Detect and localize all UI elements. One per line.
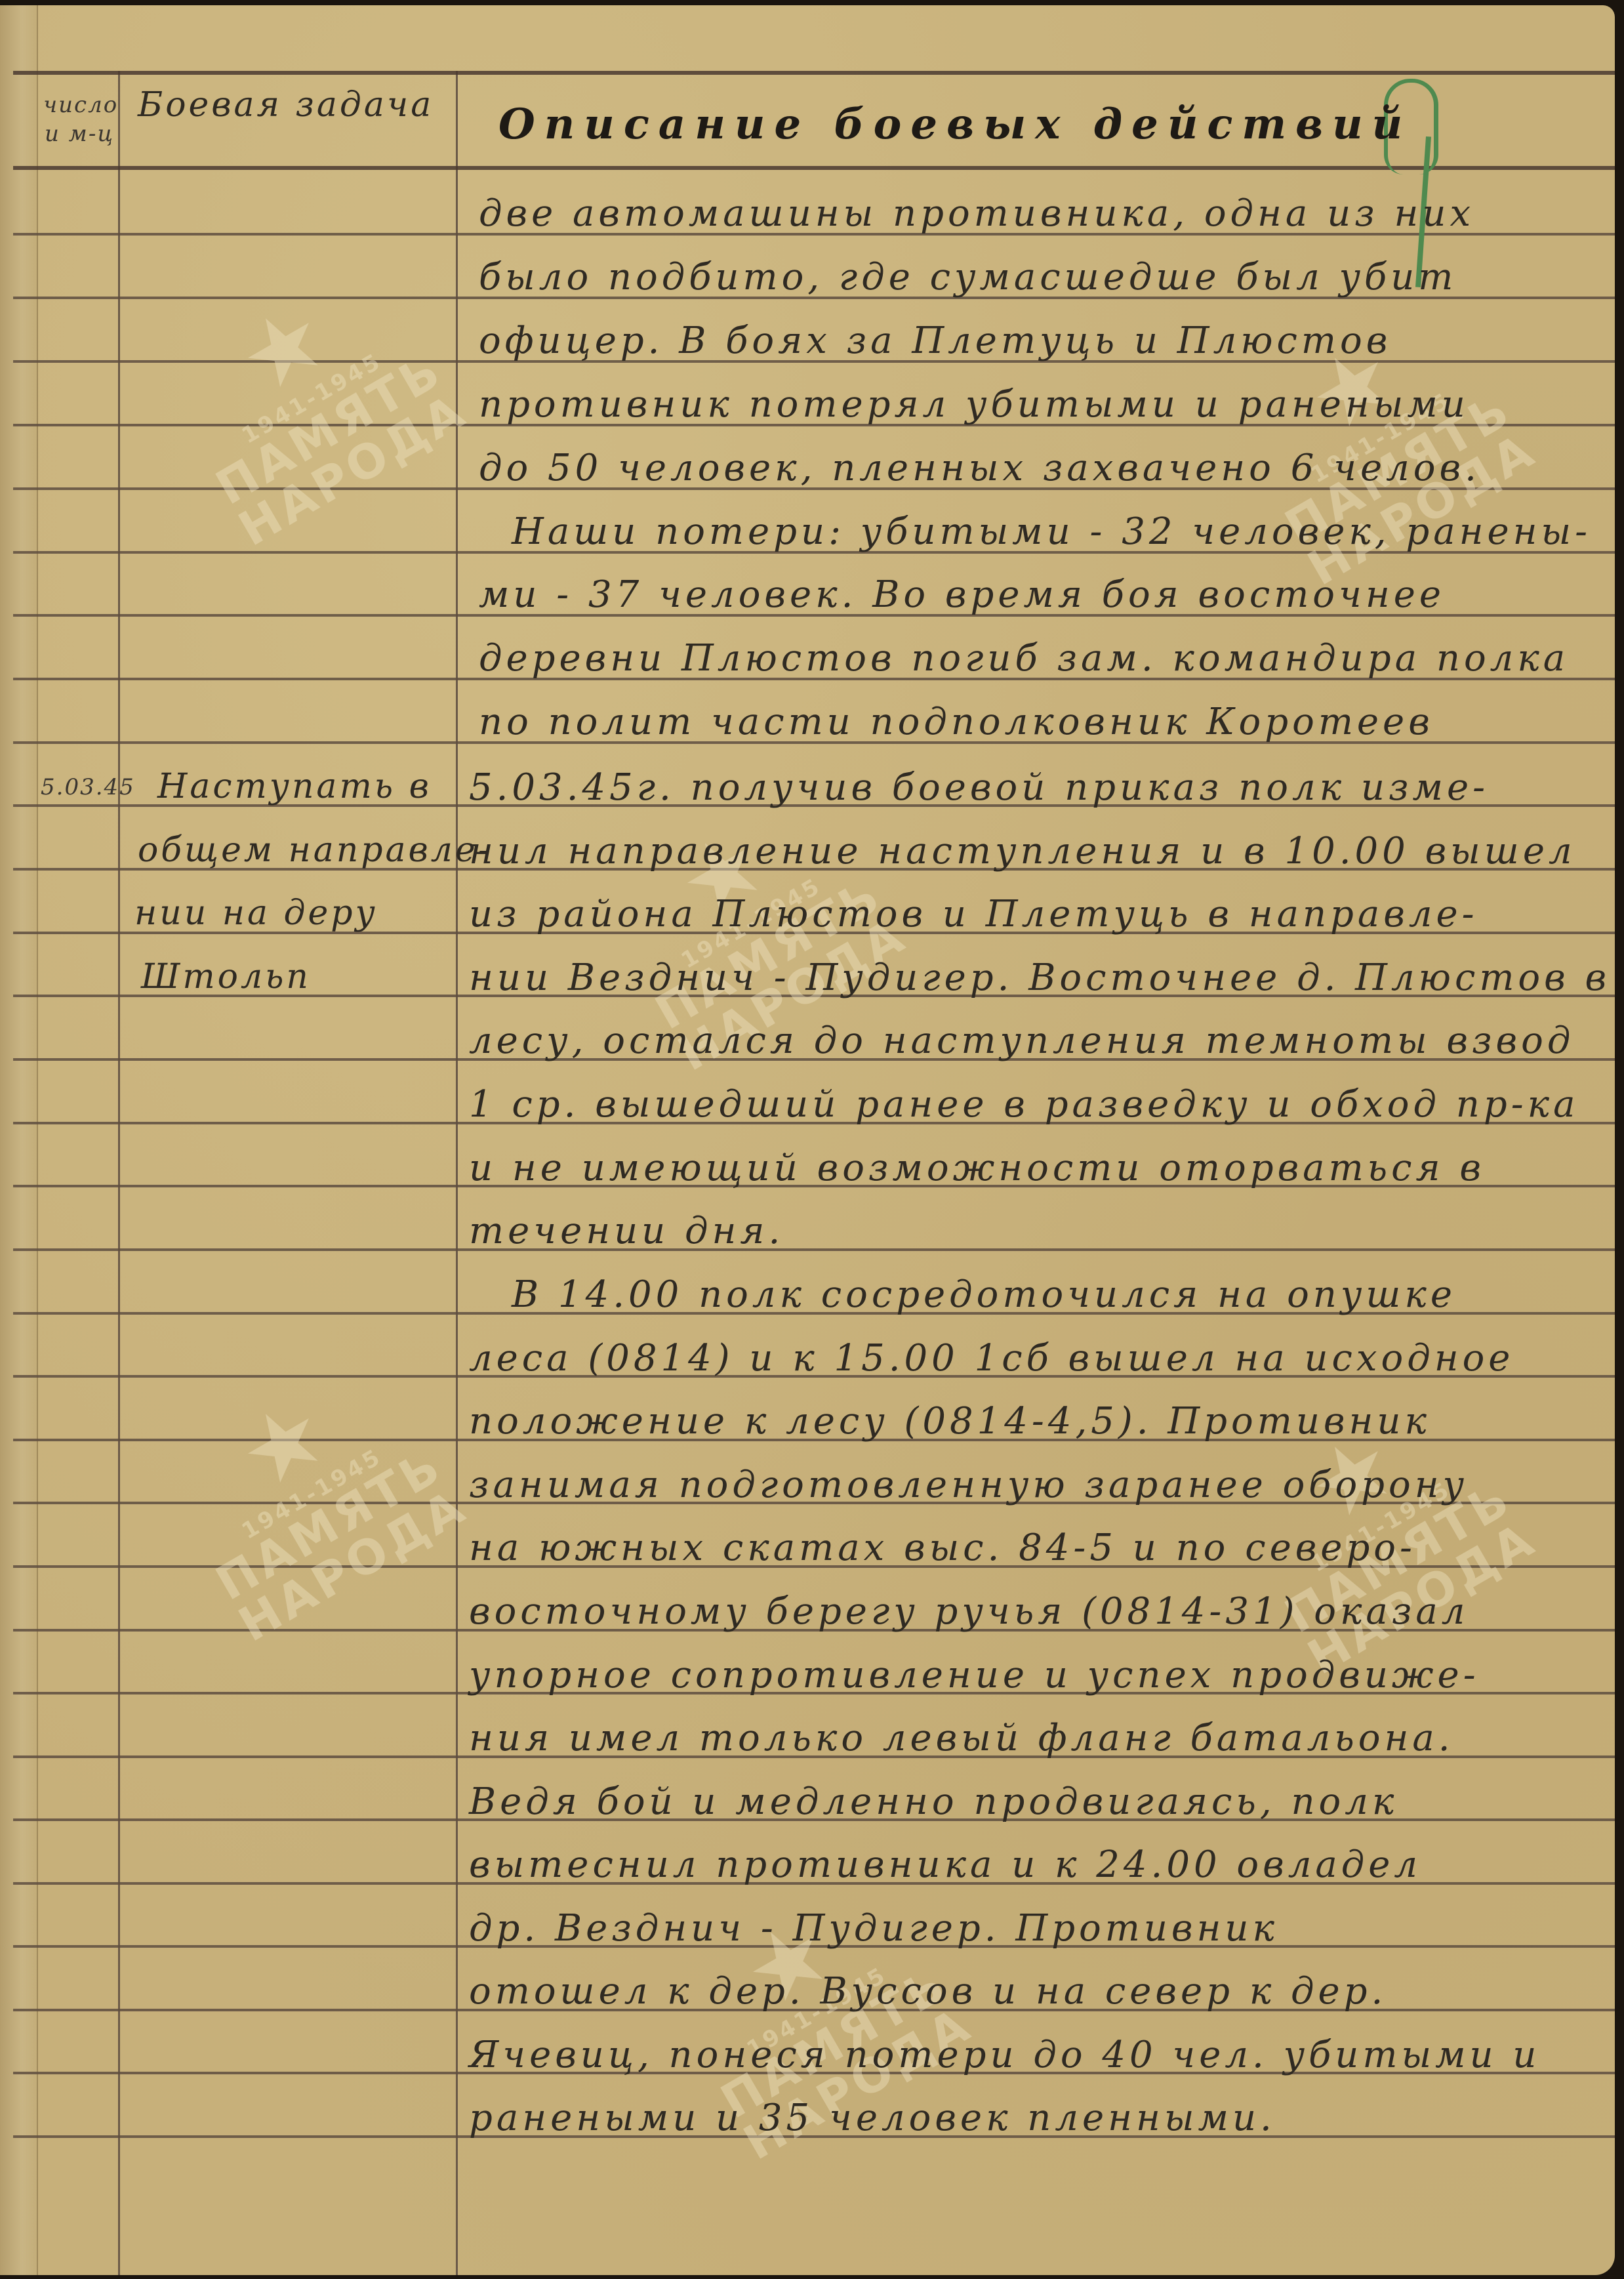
description-line: упорное сопротивление и успех продвиже-	[469, 1657, 1480, 1694]
column-divider-task	[456, 71, 458, 2275]
task-line: нии на деру	[134, 896, 378, 930]
watermark: ★ 1941-1945 ПАМЯТЬ НАРОДА	[151, 1342, 474, 1649]
column-divider-date	[118, 71, 120, 2275]
header-top-rule	[13, 71, 1615, 75]
description-line: нил направление наступления и в 10.00 вы…	[469, 833, 1576, 870]
description-line: леса (0814) и к 15.00 1сб вышел на исход…	[469, 1340, 1514, 1377]
description-line: восточному берегу ручья (0814-31) оказал	[469, 1593, 1469, 1630]
description-line: Наши потери: убитыми - 32 человек, ранен…	[512, 514, 1591, 550]
star-icon: ★	[151, 246, 416, 452]
description-line: 5.03.45г. получив боевой приказ полк изм…	[469, 770, 1489, 806]
header-date-column: число и м-ц	[43, 91, 115, 148]
header-task-column: Боевая задача	[138, 84, 446, 127]
star-icon: ★	[151, 1342, 416, 1548]
task-line: общем направле-	[138, 833, 492, 867]
description-line: Ячевиц, понеся потери до 40 чел. убитыми…	[469, 2037, 1540, 2074]
watermark: ★ 1941-1945 ПАМЯТЬ НАРОДА	[151, 246, 474, 553]
description-line: вытеснил противника и к 24.00 овладел	[469, 1847, 1421, 1883]
description-line: было подбито, где сумасшедше был убит	[479, 259, 1457, 296]
description-line: ранеными и 35 человек пленными.	[469, 2100, 1276, 2137]
document-page: ★ 1941-1945 ПАМЯТЬ НАРОДА ★ 1941-1945 ПА…	[0, 5, 1615, 2275]
ruled-line	[13, 1248, 1615, 1251]
binding-edge	[0, 5, 38, 2275]
description-line: деревни Плюстов погиб зам. командира пол…	[479, 640, 1569, 677]
description-line: занимая подготовленную заранее оборону	[469, 1467, 1468, 1504]
task-line: Наступать в	[157, 770, 432, 804]
description-line: офицер. В боях за Плетуць и Плюстов	[479, 323, 1391, 359]
description-line: на южных скатах выс. 84-5 и по северо-	[469, 1530, 1416, 1567]
description-line: положение к лесу (0814-4,5). Противник	[469, 1403, 1431, 1440]
description-line: 1 ср. вышедший ранее в разведку и обход …	[469, 1086, 1579, 1123]
description-line: из района Плюстов и Плетуць в направле-	[469, 896, 1478, 933]
description-line: течении дня.	[469, 1213, 784, 1250]
description-line: Ведя бой и медленно продвигаясь, полк	[469, 1784, 1398, 1820]
description-line: лесу, остался до наступления темноты взв…	[469, 1023, 1574, 1059]
header-description-column: Описание боевых действий	[498, 104, 1411, 146]
description-line: В 14.00 полк сосредоточился на опушке	[512, 1277, 1456, 1313]
description-line: по полит части подполковник Коротеев	[479, 704, 1434, 741]
entry-date: 5.03.45	[41, 776, 135, 798]
description-line: др. Везднич - Пудигер. Противник	[469, 1910, 1278, 1947]
header-bottom-rule	[13, 166, 1615, 170]
description-line: две автомашины противника, одна из них	[479, 195, 1474, 232]
description-line: до 50 человек, пленных захвачено 6 челов…	[479, 450, 1480, 487]
description-line: отошел к дер. Вуссов и на север к дер.	[469, 1973, 1387, 2010]
description-line: ния имел только левый фланг батальона.	[469, 1720, 1454, 1757]
description-line: нии Везднич - Пудигер. Восточнее д. Плюс…	[469, 960, 1610, 996]
description-line: и не имеющий возможности оторваться в	[469, 1150, 1485, 1187]
description-line: противник потерял убитыми и ранеными	[479, 386, 1469, 423]
description-line: ми - 37 человек. Во время боя восточнее	[479, 577, 1445, 613]
task-line: Штольп	[141, 960, 311, 994]
